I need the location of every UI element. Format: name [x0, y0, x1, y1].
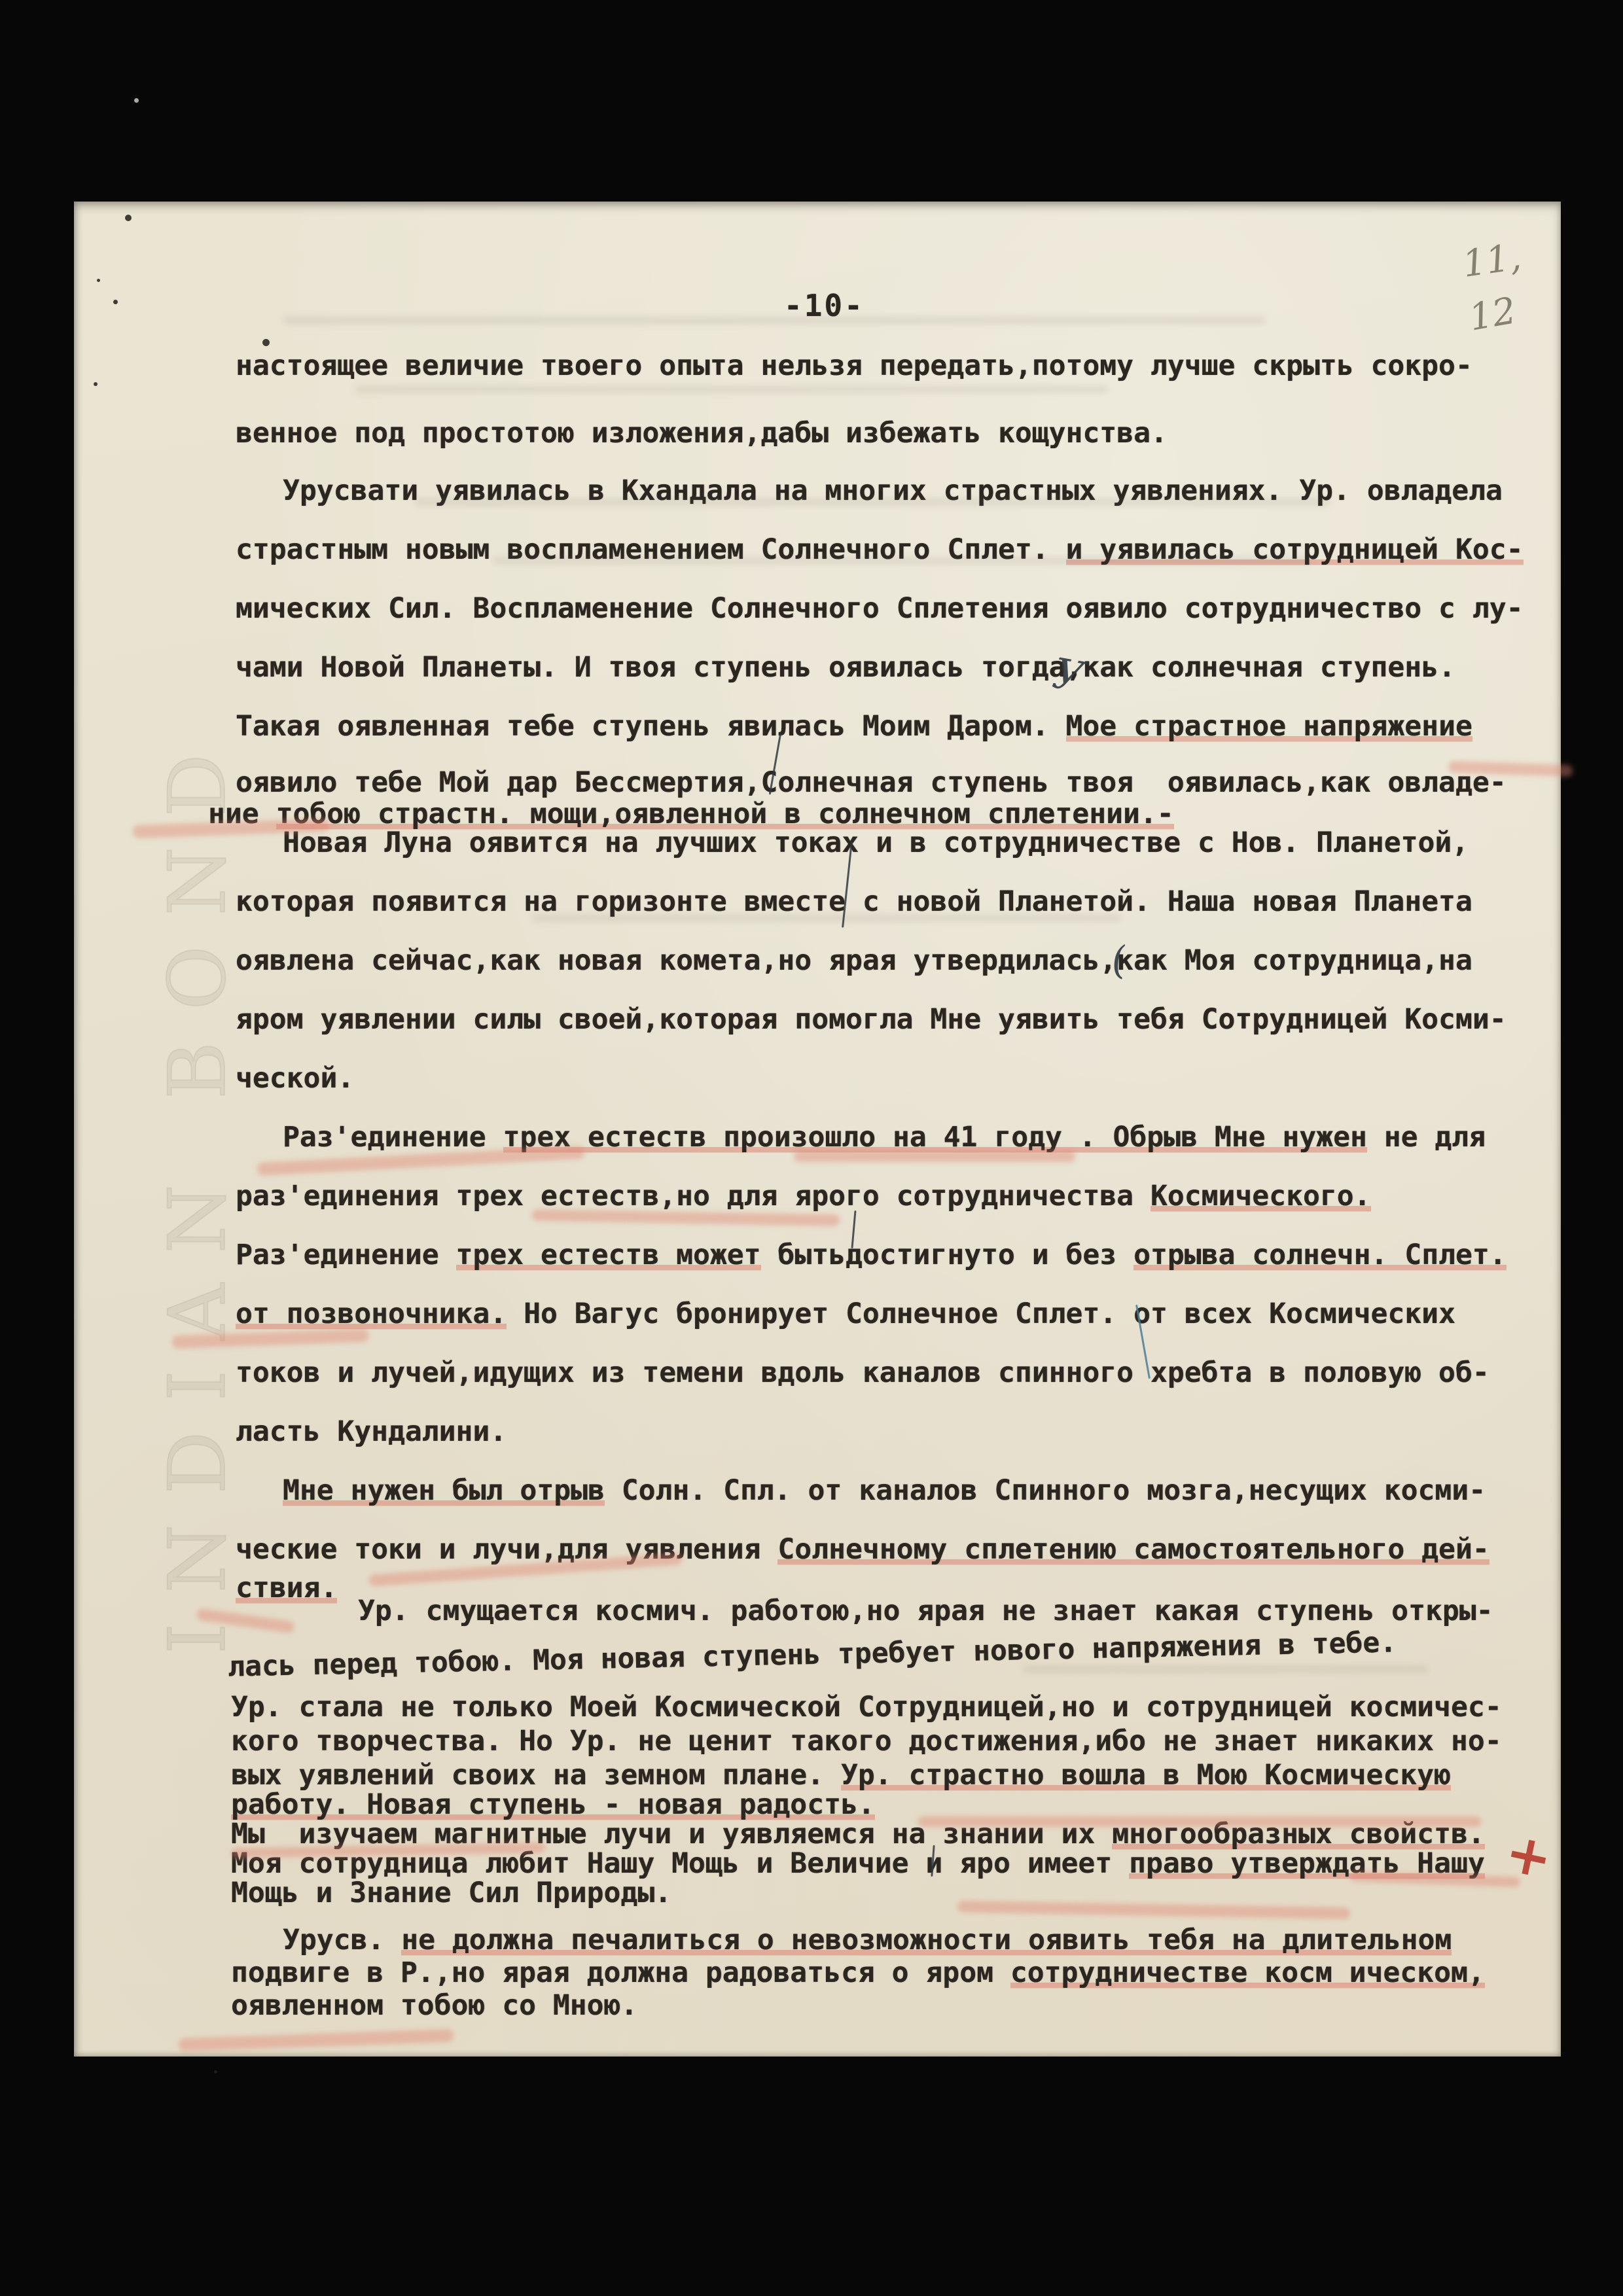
typed-line: мических Сил. Воспламенение Солнечного С… — [236, 593, 1524, 624]
typed-text: Ур. стала не только Моей Космической Сот… — [231, 1691, 1502, 1723]
typed-text: чами Новой Планеты. И твоя ступень оявил… — [236, 651, 1455, 684]
typed-text: Урусв. — [283, 1924, 401, 1956]
typed-line: которая появится на горизонте вместе с н… — [236, 886, 1472, 917]
red-underlined-text: работу. Новая ступень - новая радость. — [231, 1788, 875, 1821]
red-underlined-text: Мне нужен был отрыв — [283, 1474, 605, 1507]
typed-text: Солн. Спл. от каналов Спинного мозга,нес… — [605, 1474, 1486, 1507]
paper-speck — [113, 300, 118, 304]
typed-line: яром уявлении силы своей,которая помогла… — [236, 1004, 1507, 1035]
typed-text: вых уявлений своих на земном плане. — [231, 1759, 841, 1792]
typed-line: Новая Луна оявится на лучших токах и в с… — [283, 827, 1469, 858]
typed-text: венное под простотою изложения,дабы избе… — [236, 417, 1168, 450]
red-underline-mark — [918, 1816, 1481, 1827]
typed-line: ческой. — [236, 1063, 354, 1094]
typed-line: Урусв. не должна печалиться о невозможно… — [283, 1924, 1452, 1956]
red-underlined-text: Ур. страстно вошла в Мою Космическую — [841, 1759, 1451, 1792]
typed-text: яром уявлении силы своей,которая помогла… — [236, 1003, 1507, 1036]
red-underline-mark — [794, 1150, 1075, 1162]
typed-line: Ур. смущается космич. работою,но ярая не… — [358, 1595, 1493, 1627]
red-underlined-text: Солнечному сплетению самостоятельного де… — [777, 1533, 1489, 1566]
typed-text: оявлена сейчас,как новая комета,но ярая … — [236, 944, 1472, 977]
typed-line: оявлена сейчас,как новая комета,но ярая … — [236, 945, 1472, 976]
bleedthrough-ghost — [283, 317, 1265, 324]
red-underline-mark — [957, 1901, 1350, 1919]
typed-line: Ур. стала не только Моей Космической Сот… — [231, 1691, 1502, 1723]
paper-speck — [94, 382, 98, 386]
pencil-page-note: 11, — [1460, 236, 1524, 286]
typed-line: Раз'единение трех естеств произошло на 4… — [283, 1122, 1486, 1153]
typed-text: подвиге в Р.,но ярая должна радоваться о… — [231, 1956, 1010, 1989]
typed-text: мических Сил. Воспламенение Солнечного С… — [236, 592, 1524, 625]
bleedthrough-ghost — [532, 915, 1121, 921]
typed-text: Раз'единение — [236, 1239, 456, 1271]
typed-text: Новая Луна оявится на лучших токах и в с… — [283, 826, 1469, 859]
typed-text: ческие токи и лучи,для уявления — [236, 1533, 777, 1566]
paper-speck — [97, 279, 100, 282]
typed-text: раз'единения трех естеств,но для ярого с… — [236, 1180, 1150, 1212]
red-underlined-text: ствия. — [236, 1572, 337, 1604]
typed-text: токов и лучей,идущих из темени вдоль кан… — [236, 1356, 1489, 1389]
typed-line: венное под простотою изложения,дабы избе… — [236, 417, 1168, 449]
scanned-page-background: { "document": { "page_number": "-10-", "… — [0, 0, 1623, 2296]
bleedthrough-ghost — [1023, 1666, 1429, 1672]
typed-text: лась перед тобою. Моя новая ступень треб… — [228, 1626, 1397, 1683]
typed-line: ласть Кундалини. — [236, 1416, 507, 1447]
typed-text: ческой. — [236, 1062, 354, 1095]
typed-text: которая появится на горизонте вместе с н… — [236, 885, 1472, 918]
typed-line: ние тобою страстн. мощи,оявленной в солн… — [208, 798, 1174, 830]
scan-artifact-dot — [134, 98, 139, 103]
paper-speck — [125, 215, 132, 221]
red-underline-mark — [179, 2029, 454, 2052]
typed-line: чами Новой Планеты. И твоя ступень оявил… — [236, 652, 1455, 683]
typed-line: Мне нужен был отрыв Солн. Спл. от канало… — [283, 1475, 1486, 1506]
typed-text: настоящее величие твоего опыта нельзя пе… — [236, 349, 1472, 382]
red-underlined-text: не должна печалиться о невозможности ояв… — [401, 1924, 1452, 1956]
typed-line: токов и лучей,идущих из темени вдоль кан… — [236, 1357, 1489, 1388]
red-underlined-text: трех естеств может — [456, 1239, 761, 1271]
typed-line: Мощь и Знание Сил Природы. — [231, 1877, 671, 1909]
typed-text: бытьдостигнуто и без — [761, 1239, 1134, 1271]
red-underlined-text: тобою страстн. мощи,оявленной в солнечно… — [276, 798, 1174, 830]
bleedthrough-ghost — [493, 557, 1311, 564]
typed-line: кого творчества. Но Ур. не ценит такого … — [231, 1725, 1502, 1757]
typed-text: оявленном тобою со Мною. — [231, 1989, 637, 2022]
typed-line: ствия. — [236, 1572, 337, 1604]
red-plus-mark: + — [1499, 1819, 1558, 1892]
typed-line: подвиге в Р.,но ярая должна радоваться о… — [231, 1957, 1485, 1988]
paper-speck — [262, 339, 270, 346]
red-underlined-text: сотрудничестве косм ическом, — [1010, 1956, 1485, 1989]
typed-line: настоящее величие твоего опыта нельзя пе… — [236, 350, 1472, 381]
typed-line: Такая оявленная тебе ступень явилась Мои… — [236, 711, 1472, 742]
typed-line: Раз'единение трех естеств может бытьдост… — [236, 1239, 1507, 1271]
typed-text: Такая оявленная тебе ступень явилась Мои… — [236, 710, 1066, 743]
typed-line: лась перед тобою. Моя новая ступень треб… — [228, 1627, 1397, 1683]
typed-text: не для — [1367, 1121, 1486, 1154]
document-page: INDIAN BOND -10- настоящее величие твоег… — [74, 202, 1561, 2057]
bleedthrough-ghost — [414, 499, 1330, 506]
typed-text: Мощь и Знание Сил Природы. — [231, 1877, 671, 1909]
paper-speck — [214, 2070, 217, 2074]
red-underlined-text: Мое страстное напряжение — [1066, 710, 1472, 743]
typed-line: работу. Новая ступень - новая радость. — [231, 1789, 875, 1820]
red-underlined-text: отрыва солнечн. Сплет. — [1133, 1239, 1507, 1271]
pencil-page-note: 12 — [1466, 289, 1519, 339]
red-underlined-text: от позвоночника. — [236, 1298, 507, 1330]
typed-line: оявленном тобою со Мною. — [231, 1990, 637, 2021]
typed-line: раз'единения трех естеств,но для ярого с… — [236, 1180, 1371, 1212]
paper-watermark: INDIAN BOND — [152, 607, 296, 1654]
typed-line: вых уявлений своих на земном плане. Ур. … — [231, 1759, 1451, 1791]
typed-line: от позвоночника. Но Вагус бронирует Солн… — [236, 1298, 1455, 1330]
red-underline-mark — [1350, 1871, 1520, 1887]
typed-text: кого творчества. Но Ур. не ценит такого … — [231, 1725, 1502, 1757]
typed-text: ласть Кундалини. — [236, 1415, 507, 1448]
red-underlined-text: Космического. — [1150, 1180, 1371, 1212]
typed-text: Но Вагус бронирует Солнечное Сплет. от в… — [507, 1298, 1455, 1330]
typed-line: оявило тебе Мой дар Бессмертия,Солнечная… — [236, 767, 1507, 798]
red-underlined-text: трех естеств произошло на 41 году . Обры… — [503, 1121, 1367, 1154]
typed-text: оявило тебе Мой дар Бессмертия,Солнечная… — [236, 766, 1507, 799]
typed-text: Раз'единение — [283, 1121, 503, 1154]
typed-line: ческие токи и лучи,для уявления Солнечно… — [236, 1534, 1489, 1565]
bleedthrough-ghost — [355, 386, 1108, 393]
typed-text: Ур. смущается космич. работою,но ярая не… — [358, 1595, 1493, 1627]
